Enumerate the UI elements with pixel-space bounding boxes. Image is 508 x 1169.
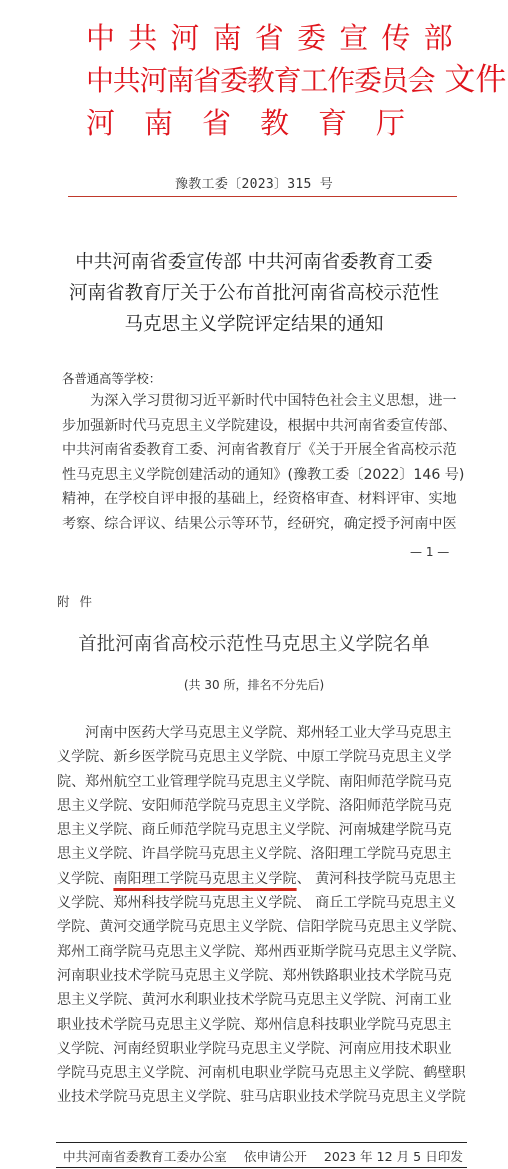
attachment-subtitle: (共 30 所，排名不分先后) bbox=[0, 676, 508, 693]
notice-title-line-3: 马克思主义学院评定结果的通知 bbox=[0, 309, 508, 340]
list-line: 思主义学院、许昌学院马克思主义学院、洛阳理工学院马克思主 bbox=[57, 842, 468, 866]
list-line: 郑州工商学院马克思主义学院、郑州西亚斯学院马克思主义学院、 bbox=[57, 940, 468, 964]
masthead-line-2: 中共河南省委教育工作委员会文件 bbox=[86, 62, 506, 99]
attachment-title: 首批河南省高校示范性马克思主义学院名单 bbox=[0, 630, 508, 656]
list-line: 思主义学院、安阳师范学院马克思主义学院、洛阳师范学院马克 bbox=[57, 794, 468, 818]
list-line-highlighted: 义学院、南阳理工学院马克思主义学院、 黄河科技学院马克思主 bbox=[57, 867, 468, 891]
list-line: 义学院、新乡医学院马克思主义学院、中原工学院马克思主义学 bbox=[57, 745, 468, 769]
highlighted-school: 南阳理工学院马克思主义学院 bbox=[113, 871, 296, 887]
list-line: 河南职业技术学院马克思主义学院、郑州铁路职业技术学院马克 bbox=[57, 964, 468, 988]
body-line: 性马克思主义学院创建活动的通知》(豫教工委〔2022〕146 号) bbox=[62, 463, 458, 488]
footer: 中共河南省委教育工委办公室 依申请公开 2023 年 12 月 5 日印发 bbox=[63, 1146, 463, 1165]
notice-body: 为深入学习贯彻习近平新时代中国特色社会主义思想，进一 步加强新时代马克思主义学院… bbox=[62, 389, 458, 536]
list-line: 河南中医药大学马克思主义学院、郑州轻工业大学马克思主 bbox=[57, 721, 468, 745]
school-list: 河南中医药大学马克思主义学院、郑州轻工业大学马克思主 义学院、新乡医学院马克思主… bbox=[57, 721, 468, 1110]
attachment-label: 附件 bbox=[57, 592, 102, 610]
list-line: 职业技术学院马克思主义学院、郑州信息科技职业学院马克思主 bbox=[57, 1013, 468, 1037]
footer-bottom-rule bbox=[56, 1167, 467, 1168]
body-line: 精神，在学校自评申报的基础上，经资格审查、材料评审、实地 bbox=[62, 487, 458, 512]
salutation: 各普通高等学校： bbox=[62, 369, 161, 387]
body-line: 步加强新时代马克思主义学院建设，根据中共河南省委宣传部、 bbox=[62, 414, 458, 439]
footer-date: 2023 年 12 月 5 日印发 bbox=[324, 1146, 463, 1165]
list-line: 院、郑州航空工业管理学院马克思主义学院、南阳师范学院马克 bbox=[57, 770, 468, 794]
masthead-committee: 中共河南省委教育工作委员会 bbox=[86, 64, 434, 97]
list-line: 学院、黄河交通学院马克思主义学院、信阳学院马克思主义学院、 bbox=[57, 915, 468, 939]
list-line: 思主义学院、黄河水利职业技术学院马克思主义学院、河南工业 bbox=[57, 988, 468, 1012]
list-line: 业技术学院马克思主义学院、驻马店职业技术学院马克思主义学院 bbox=[57, 1085, 468, 1109]
footer-disclosure: 依申请公开 bbox=[244, 1146, 307, 1165]
masthead-line-1: 中共河南省委宣传部 bbox=[86, 20, 466, 56]
footer-top-rule bbox=[56, 1142, 467, 1143]
page-number: — 1 — bbox=[410, 545, 449, 559]
red-divider bbox=[68, 196, 457, 197]
list-line: 义学院、河南经贸职业学院马克思主义学院、河南应用技术职业 bbox=[57, 1037, 468, 1061]
list-line: 思主义学院、商丘师范学院马克思主义学院、河南城建学院马克 bbox=[57, 818, 468, 842]
document-number: 豫教工委〔2023〕315 号 bbox=[0, 173, 508, 192]
masthead-document-label: 文件 bbox=[444, 62, 506, 98]
notice-title-line-1: 中共河南省委宣传部 中共河南省委教育工委 bbox=[0, 247, 508, 278]
list-line: 学院马克思主义学院、河南机电职业学院马克思主义学院、鹤壁职 bbox=[57, 1061, 468, 1085]
notice-title-line-2: 河南省教育厅关于公布首批河南省高校示范性 bbox=[0, 278, 508, 309]
body-line: 中共河南省委教育工委、河南省教育厅《关于开展全省高校示范 bbox=[62, 438, 458, 463]
body-line: 为深入学习贯彻习近平新时代中国特色社会主义思想，进一 bbox=[62, 389, 458, 414]
footer-issuer: 中共河南省委教育工委办公室 bbox=[63, 1146, 227, 1165]
body-line: 考察、综合评议、结果公示等环节，经研究，确定授予河南中医 bbox=[62, 512, 458, 537]
masthead-line-3: 河南省教育厅 bbox=[86, 105, 434, 141]
list-line: 义学院、郑州科技学院马克思主义学院、 商丘工学院马克思主义 bbox=[57, 891, 468, 915]
